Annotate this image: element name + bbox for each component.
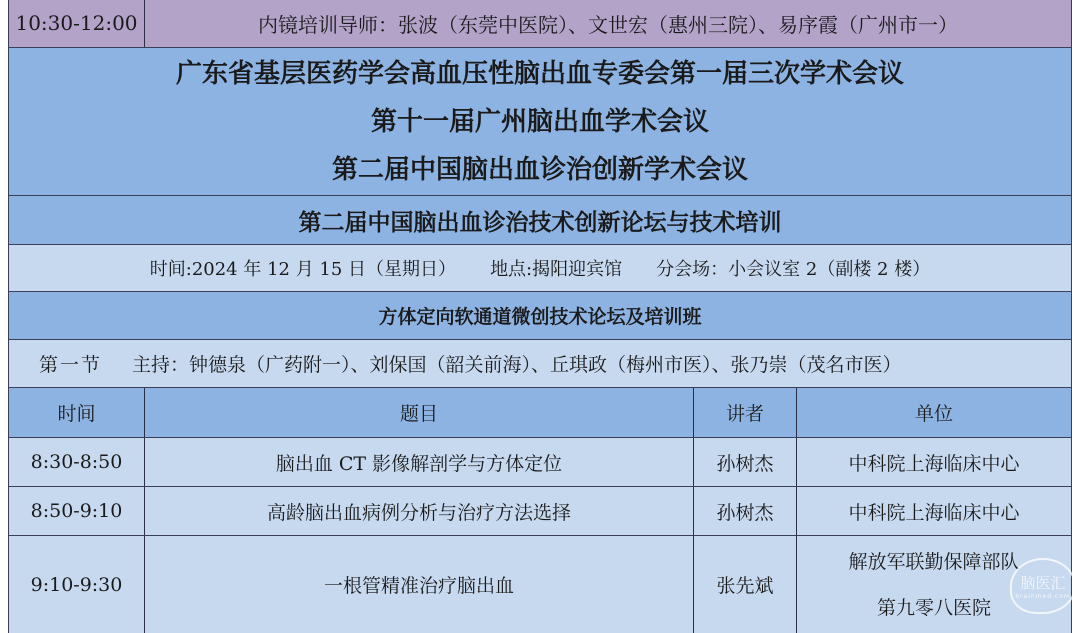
top-row-content: 内镜培训导师：张波（东莞中医院）、文世宏（惠州三院）、易序霞（广州市一） <box>144 0 1071 47</box>
watermark-subtext: brainmed.com <box>1015 593 1071 600</box>
section-row: 第一节 主持：钟德泉（广药附一）、刘保国（韶关前海）、丘琪政（梅州市医）、张乃崇… <box>8 340 1072 388</box>
row-time: 8:30-8:50 <box>9 438 144 486</box>
row-topic: 高龄脑出血病例分析与治疗方法选择 <box>144 487 693 535</box>
row-unit-line-1: 解放军联勤保障部队 <box>848 539 1019 585</box>
row-unit: 中科院上海临床中心 <box>796 438 1071 486</box>
row-time: 8:50-9:10 <box>9 487 144 535</box>
forum-title: 第二届中国脑出血诊治技术创新论坛与技术培训 <box>9 196 1071 244</box>
info-time: 时间:2024 年 12 月 15 日（星期日） <box>150 255 456 281</box>
watermark-text: 脑医汇 <box>1020 572 1065 593</box>
course-title: 方体定向软通道微创技术论坛及培训班 <box>9 292 1071 339</box>
row-speaker: 孙树杰 <box>693 487 796 535</box>
info-cell: 时间:2024 年 12 月 15 日（星期日） 地点:揭阳迎宾馆 分会场：小会… <box>9 245 1071 291</box>
conference-titles: 广东省基层医药学会高血压性脑出血专委会第一届三次学术会议 第十一届广州脑出血学术… <box>8 48 1072 196</box>
table-row: 8:30-8:50 脑出血 CT 影像解剖学与方体定位 孙树杰 中科院上海临床中… <box>8 438 1072 487</box>
conference-title-2: 第十一届广州脑出血学术会议 <box>9 98 1071 146</box>
course-title-row: 方体定向软通道微创技术论坛及培训班 <box>8 292 1072 340</box>
top-training-row: 10:30-12:00 内镜培训导师：张波（东莞中医院）、文世宏（惠州三院）、易… <box>8 0 1072 48</box>
header-speaker: 讲者 <box>693 388 796 437</box>
header-topic: 题目 <box>144 388 693 437</box>
table-row: 9:10-9:30 一根管精准治疗脑出血 张先斌 解放军联勤保障部队 第九零八医… <box>8 536 1072 633</box>
conference-title-3: 第二届中国脑出血诊治创新学术会议 <box>9 146 1071 194</box>
row-speaker: 孙树杰 <box>693 438 796 486</box>
header-time: 时间 <box>9 388 144 437</box>
section-cell: 第一节 主持：钟德泉（广药附一）、刘保国（韶关前海）、丘琪政（梅州市医）、张乃崇… <box>9 340 1071 387</box>
top-row-time: 10:30-12:00 <box>9 0 144 47</box>
info-venue: 分会场：小会议室 2（副楼 2 楼） <box>656 255 930 281</box>
row-topic: 一根管精准治疗脑出血 <box>144 536 693 633</box>
row-unit: 中科院上海临床中心 <box>796 487 1071 535</box>
row-speaker: 张先斌 <box>693 536 796 633</box>
info-location: 地点:揭阳迎宾馆 <box>490 255 622 281</box>
row-time: 9:10-9:30 <box>9 536 144 633</box>
section-hosts: 主持：钟德泉（广药附一）、刘保国（韶关前海）、丘琪政（梅州市医）、张乃崇（茂名市… <box>132 350 902 377</box>
table-row: 8:50-9:10 高龄脑出血病例分析与治疗方法选择 孙树杰 中科院上海临床中心 <box>8 487 1072 536</box>
info-row: 时间:2024 年 12 月 15 日（星期日） 地点:揭阳迎宾馆 分会场：小会… <box>8 245 1072 292</box>
row-unit-line-2: 第九零八医院 <box>877 585 991 631</box>
forum-title-row: 第二届中国脑出血诊治技术创新论坛与技术培训 <box>8 196 1072 245</box>
schedule-table: 10:30-12:00 内镜培训导师：张波（东莞中医院）、文世宏（惠州三院）、易… <box>8 0 1072 633</box>
table-header-row: 时间 题目 讲者 单位 <box>8 388 1072 438</box>
row-topic: 脑出血 CT 影像解剖学与方体定位 <box>144 438 693 486</box>
header-unit: 单位 <box>796 388 1071 437</box>
conference-title-1: 广东省基层医药学会高血压性脑出血专委会第一届三次学术会议 <box>9 50 1071 98</box>
watermark-logo-icon: 脑医汇 brainmed.com <box>1010 558 1076 614</box>
section-label: 第一节 <box>39 350 102 377</box>
